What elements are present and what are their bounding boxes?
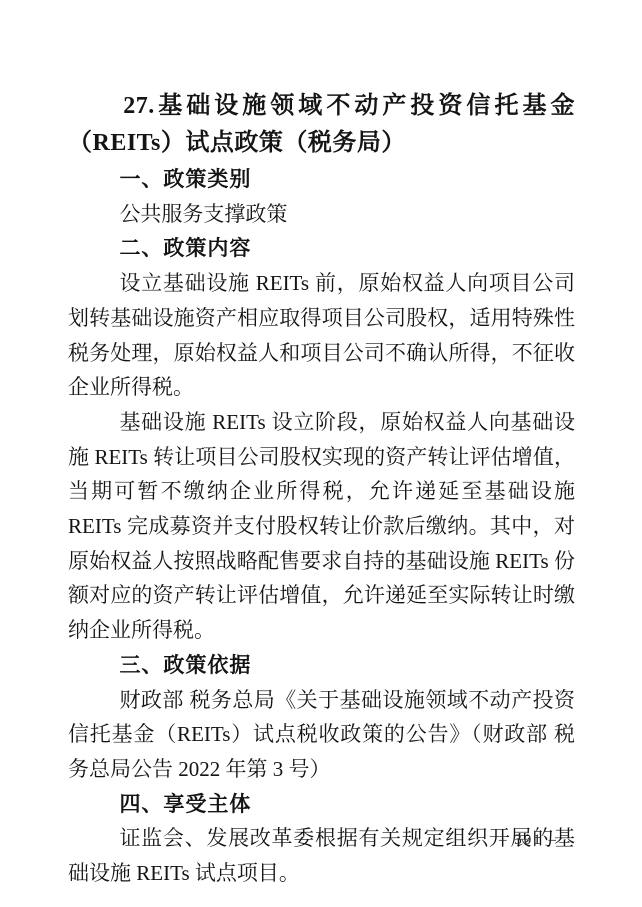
document-title: 27.基础设施领域不动产投资信托基金（REITs）试点政策（税务局） <box>68 88 575 162</box>
document-page: 27.基础设施领域不动产投资信托基金（REITs）试点政策（税务局） 一、政策类… <box>0 0 642 907</box>
section-heading-policy-category: 一、政策类别 <box>68 162 575 197</box>
section-heading-policy-content: 二、政策内容 <box>68 231 575 266</box>
paragraph-policy-content-1: 设立基础设施 REITs 前，原始权益人向项目公司划转基础设施资产相应取得项目公… <box>68 266 575 405</box>
paragraph-policy-content-2: 基础设施 REITs 设立阶段，原始权益人向基础设施 REITs 转让项目公司股… <box>68 405 575 648</box>
paragraph-policy-basis: 财政部 税务总局《关于基础设施领域不动产投资信托基金（REITs）试点税收政策的… <box>68 683 575 787</box>
section-heading-policy-basis: 三、政策依据 <box>68 648 575 683</box>
page-number: – 301 – <box>499 832 558 849</box>
section-heading-eligible-entities: 四、享受主体 <box>68 787 575 822</box>
document-body: 27.基础设施领域不动产投资信托基金（REITs）试点政策（税务局） 一、政策类… <box>68 88 575 891</box>
paragraph-policy-category: 公共服务支撑政策 <box>68 197 575 232</box>
